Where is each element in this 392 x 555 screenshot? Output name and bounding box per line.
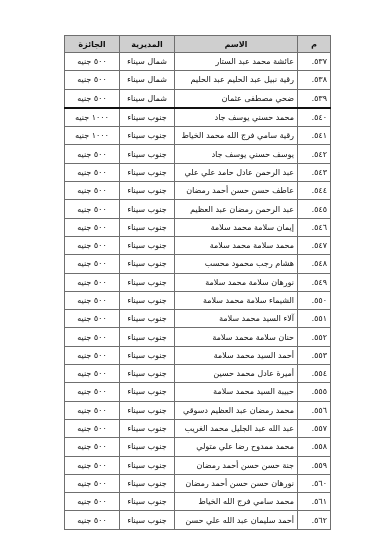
table-row: ٥٤٥.عبد الرحمن رمضان عبد العظيمجنوب سينا… xyxy=(65,200,331,218)
row-prize: ٥٠٠ جنيه xyxy=(65,456,120,474)
row-name: ضحي مصطفى عثمان xyxy=(175,89,298,108)
row-directorate: جنوب سيناء xyxy=(120,511,175,529)
table-row: ٥٥٦.محمد رمضان عبد العظيم دسوقيجنوب سينا… xyxy=(65,401,331,419)
row-directorate: جنوب سيناء xyxy=(120,310,175,328)
row-name: عبد الله عبد الجليل محمد الغريب xyxy=(175,419,298,437)
row-prize: ٥٠٠ جنيه xyxy=(65,383,120,401)
table-row: ٥٤٩.نورهان سلامة محمد سلامةجنوب سيناء٥٠٠… xyxy=(65,273,331,291)
table-row: ٥٤٢.يوسف حسني يوسف جادجنوب سيناء٥٠٠ جنيه xyxy=(65,145,331,163)
row-directorate: شمال سيناء xyxy=(120,53,175,71)
row-number: ٥٦١. xyxy=(298,493,331,511)
table-row: ٥٤٤.عاطف حسن حسن أحمد رمضانجنوب سيناء٥٠٠… xyxy=(65,182,331,200)
row-directorate: جنوب سيناء xyxy=(120,236,175,254)
row-prize: ٥٠٠ جنيه xyxy=(65,310,120,328)
row-prize: ٥٠٠ جنيه xyxy=(65,145,120,163)
row-number: ٥٥٦. xyxy=(298,401,331,419)
row-prize: ٥٠٠ جنيه xyxy=(65,255,120,273)
row-prize: ٥٠٠ جنيه xyxy=(65,71,120,89)
row-name: حنان سلامة محمد سلامة xyxy=(175,328,298,346)
row-name: نورهان سلامة محمد سلامة xyxy=(175,273,298,291)
table-row: ٥٤٧.محمد سلامة محمد سلامةجنوب سيناء٥٠٠ ج… xyxy=(65,236,331,254)
row-name: عاطف حسن حسن أحمد رمضان xyxy=(175,182,298,200)
row-number: ٥٥٧. xyxy=(298,419,331,437)
row-directorate: جنوب سيناء xyxy=(120,163,175,181)
table-row: ٥٦٢.أحمد سليمان عبد الله علي حسنجنوب سين… xyxy=(65,511,331,529)
row-prize: ٥٠٠ جنيه xyxy=(65,291,120,309)
table-row: ٥٥١.آلاء السيد محمد سلامةجنوب سيناء٥٠٠ ج… xyxy=(65,310,331,328)
row-prize: ٥٠٠ جنيه xyxy=(65,236,120,254)
row-prize: ٥٠٠ جنيه xyxy=(65,218,120,236)
table-row: ٥٤٨.هشام رجب محمود محسبجنوب سيناء٥٠٠ جني… xyxy=(65,255,331,273)
table-body: ٥٣٧.عائشة محمد عبد الستارشمال سيناء٥٠٠ ج… xyxy=(65,53,331,530)
document-page: م الاسم المديرية الجائزة ٥٣٧.عائشة محمد … xyxy=(0,0,392,555)
row-name: يوسف حسني يوسف جاد xyxy=(175,145,298,163)
row-number: ٥٥٨. xyxy=(298,438,331,456)
row-number: ٥٤٨. xyxy=(298,255,331,273)
row-prize: ١٠٠٠ جنيه xyxy=(65,127,120,145)
row-prize: ٥٠٠ جنيه xyxy=(65,328,120,346)
row-prize: ٥٠٠ جنيه xyxy=(65,511,120,529)
row-number: ٥٥٠. xyxy=(298,291,331,309)
row-directorate: جنوب سيناء xyxy=(120,438,175,456)
table-row: ٥٥٨.محمد ممدوح رضا علي متوليجنوب سيناء٥٠… xyxy=(65,438,331,456)
row-name: رقية سامي فرج الله محمد الخياط xyxy=(175,127,298,145)
row-prize: ٥٠٠ جنيه xyxy=(65,401,120,419)
table-row: ٥٥٩.جنة حسن حسن أحمد رمضانجنوب سيناء٥٠٠ … xyxy=(65,456,331,474)
row-number: ٥٣٩. xyxy=(298,89,331,108)
row-directorate: جنوب سيناء xyxy=(120,108,175,127)
row-prize: ٥٠٠ جنيه xyxy=(65,163,120,181)
row-name: عبد الرحمن عادل حامد علي علي xyxy=(175,163,298,181)
row-directorate: جنوب سيناء xyxy=(120,383,175,401)
table-row: ٥٣٨.رقية نبيل عبد الحليم عبد الحليمشمال … xyxy=(65,71,331,89)
row-prize: ٥٠٠ جنيه xyxy=(65,493,120,511)
table-row: ٥٤٣.عبد الرحمن عادل حامد علي عليجنوب سين… xyxy=(65,163,331,181)
row-number: ٥٦٢. xyxy=(298,511,331,529)
row-number: ٥٥٩. xyxy=(298,456,331,474)
row-directorate: جنوب سيناء xyxy=(120,456,175,474)
row-number: ٥٤٢. xyxy=(298,145,331,163)
row-number: ٥٥٤. xyxy=(298,365,331,383)
row-directorate: جنوب سيناء xyxy=(120,218,175,236)
row-number: ٥٤٧. xyxy=(298,236,331,254)
row-prize: ١٠٠٠ جنيه xyxy=(65,108,120,127)
row-number: ٥٤٦. xyxy=(298,218,331,236)
awards-table: م الاسم المديرية الجائزة ٥٣٧.عائشة محمد … xyxy=(64,35,331,530)
row-number: ٥٤٣. xyxy=(298,163,331,181)
row-number: ٥٥١. xyxy=(298,310,331,328)
row-directorate: جنوب سيناء xyxy=(120,328,175,346)
row-number: ٥٤٩. xyxy=(298,273,331,291)
table-row: ٥٦١.محمد سامي فرج الله الخياطجنوب سيناء٥… xyxy=(65,493,331,511)
row-directorate: جنوب سيناء xyxy=(120,273,175,291)
row-prize: ٥٠٠ جنيه xyxy=(65,438,120,456)
row-name: محمد سلامة محمد سلامة xyxy=(175,236,298,254)
row-number: ٥٣٧. xyxy=(298,53,331,71)
row-directorate: جنوب سيناء xyxy=(120,419,175,437)
row-directorate: جنوب سيناء xyxy=(120,255,175,273)
row-name: رقية نبيل عبد الحليم عبد الحليم xyxy=(175,71,298,89)
table-row: ٥٤٠.محمد حسني يوسف جادجنوب سيناء١٠٠٠ جني… xyxy=(65,108,331,127)
table-row: ٥٥٣.أحمد السيد محمد سلامةجنوب سيناء٥٠٠ ج… xyxy=(65,346,331,364)
table-header-row: م الاسم المديرية الجائزة xyxy=(65,36,331,53)
row-directorate: جنوب سيناء xyxy=(120,365,175,383)
header-name: الاسم xyxy=(175,36,298,53)
row-number: ٥٤١. xyxy=(298,127,331,145)
row-prize: ٥٠٠ جنيه xyxy=(65,273,120,291)
table-row: ٥٦٠.نورهان حسن حسن أحمد رمضانجنوب سيناء٥… xyxy=(65,474,331,492)
table-row: ٥٥٢.حنان سلامة محمد سلامةجنوب سيناء٥٠٠ ج… xyxy=(65,328,331,346)
row-name: إيمان سلامة محمد سلامة xyxy=(175,218,298,236)
row-name: محمد رمضان عبد العظيم دسوقي xyxy=(175,401,298,419)
row-name: أحمد السيد محمد سلامة xyxy=(175,346,298,364)
header-num: م xyxy=(298,36,331,53)
row-prize: ٥٠٠ جنيه xyxy=(65,346,120,364)
header-directorate: المديرية xyxy=(120,36,175,53)
table-row: ٥٤١.رقية سامي فرج الله محمد الخياطجنوب س… xyxy=(65,127,331,145)
row-prize: ٥٠٠ جنيه xyxy=(65,89,120,108)
row-prize: ٥٠٠ جنيه xyxy=(65,182,120,200)
row-directorate: شمال سيناء xyxy=(120,71,175,89)
row-directorate: جنوب سيناء xyxy=(120,127,175,145)
row-name: جنة حسن حسن أحمد رمضان xyxy=(175,456,298,474)
row-number: ٥٤٥. xyxy=(298,200,331,218)
row-name: أحمد سليمان عبد الله علي حسن xyxy=(175,511,298,529)
row-directorate: جنوب سيناء xyxy=(120,401,175,419)
row-prize: ٥٠٠ جنيه xyxy=(65,53,120,71)
table-row: ٥٥٠.الشيماء سلامة محمد سلامةجنوب سيناء٥٠… xyxy=(65,291,331,309)
row-number: ٥٤٤. xyxy=(298,182,331,200)
row-prize: ٥٠٠ جنيه xyxy=(65,419,120,437)
row-name: الشيماء سلامة محمد سلامة xyxy=(175,291,298,309)
row-name: محمد حسني يوسف جاد xyxy=(175,108,298,127)
row-directorate: جنوب سيناء xyxy=(120,182,175,200)
row-directorate: جنوب سيناء xyxy=(120,145,175,163)
table-row: ٥٤٦.إيمان سلامة محمد سلامةجنوب سيناء٥٠٠ … xyxy=(65,218,331,236)
row-number: ٥٣٨. xyxy=(298,71,331,89)
row-directorate: شمال سيناء xyxy=(120,89,175,108)
row-name: نورهان حسن حسن أحمد رمضان xyxy=(175,474,298,492)
row-prize: ٥٠٠ جنيه xyxy=(65,200,120,218)
table-row: ٥٥٧.عبد الله عبد الجليل محمد الغريبجنوب … xyxy=(65,419,331,437)
row-number: ٥٥٣. xyxy=(298,346,331,364)
row-name: محمد ممدوح رضا علي متولي xyxy=(175,438,298,456)
row-directorate: جنوب سيناء xyxy=(120,493,175,511)
table-row: ٥٣٧.عائشة محمد عبد الستارشمال سيناء٥٠٠ ج… xyxy=(65,53,331,71)
table-row: ٥٣٩.ضحي مصطفى عثمانشمال سيناء٥٠٠ جنيه xyxy=(65,89,331,108)
row-number: ٥٦٠. xyxy=(298,474,331,492)
row-name: هشام رجب محمود محسب xyxy=(175,255,298,273)
row-directorate: جنوب سيناء xyxy=(120,474,175,492)
row-number: ٥٥٥. xyxy=(298,383,331,401)
row-name: محمد سامي فرج الله الخياط xyxy=(175,493,298,511)
row-name: آلاء السيد محمد سلامة xyxy=(175,310,298,328)
row-name: حبيبة السيد محمد سلامة xyxy=(175,383,298,401)
table-row: ٥٥٤.أميرة عادل محمد حسينجنوب سيناء٥٠٠ جن… xyxy=(65,365,331,383)
row-directorate: جنوب سيناء xyxy=(120,200,175,218)
row-prize: ٥٠٠ جنيه xyxy=(65,474,120,492)
header-prize: الجائزة xyxy=(65,36,120,53)
row-number: ٥٤٠. xyxy=(298,108,331,127)
row-name: أميرة عادل محمد حسين xyxy=(175,365,298,383)
row-prize: ٥٠٠ جنيه xyxy=(65,365,120,383)
row-number: ٥٥٢. xyxy=(298,328,331,346)
row-name: عبد الرحمن رمضان عبد العظيم xyxy=(175,200,298,218)
row-name: عائشة محمد عبد الستار xyxy=(175,53,298,71)
row-directorate: جنوب سيناء xyxy=(120,291,175,309)
row-directorate: جنوب سيناء xyxy=(120,346,175,364)
table-row: ٥٥٥.حبيبة السيد محمد سلامةجنوب سيناء٥٠٠ … xyxy=(65,383,331,401)
